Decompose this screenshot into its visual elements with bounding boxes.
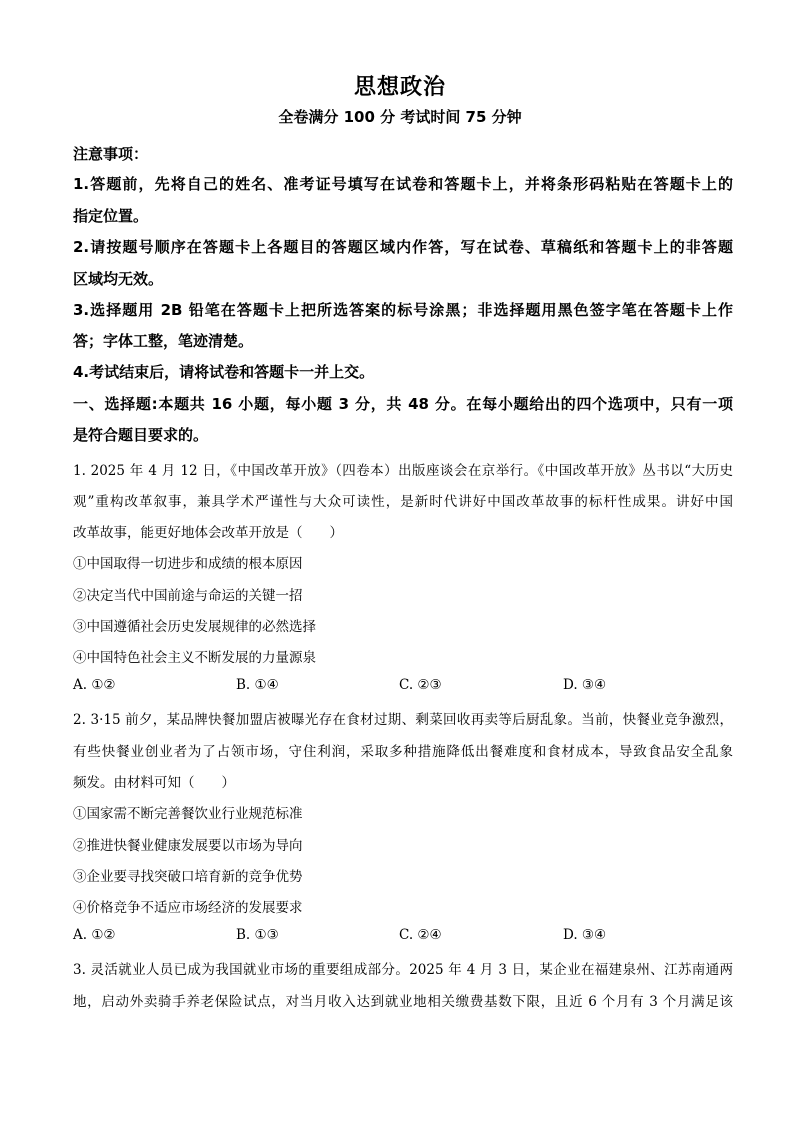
question-2-statement: ④价格竞争不适应市场经济的发展要求: [73, 896, 733, 916]
page-title: 思想政治: [0, 70, 800, 101]
question-1-stem: 1. 2025 年 4 月 12 日，《中国改革开放》（四卷本）出版座谈会在京举…: [73, 459, 733, 479]
note-line: 2.请按题号顺序在答题卡上各题目的答题区域内作答，写在试卷、草稿纸和答题卡上的非…: [73, 236, 733, 257]
question-2-statement: ③企业要寻找突破口培育新的竞争优势: [73, 865, 733, 885]
exam-page: 思想政治 全卷满分 100 分 考试时间 75 分钟 注意事项： 1.答题前，先…: [0, 0, 800, 1131]
question-3-stem: 3. 灵活就业人员已成为我国就业市场的重要组成部分。2025 年 4 月 3 日…: [73, 958, 733, 978]
question-2-stem: 频发。由材料可知（ ）: [73, 771, 733, 791]
section-heading: 一、选择题:本题共 16 小题，每小题 3 分，共 48 分。在每小题给出的四个…: [73, 393, 733, 414]
note-line: 区域均无效。: [73, 268, 733, 289]
option-b[interactable]: B. ①④: [236, 677, 279, 693]
option-c[interactable]: C. ②④: [399, 927, 442, 943]
notes-heading: 注意事项：: [73, 143, 733, 164]
question-1-statement: ①中国取得一切进步和成绩的根本原因: [73, 552, 733, 572]
exam-info: 全卷满分 100 分 考试时间 75 分钟: [0, 106, 800, 127]
note-line: 答；字体工整，笔迹清楚。: [73, 330, 733, 351]
question-2-statement: ②推进快餐业健康发展要以市场为导向: [73, 834, 733, 854]
question-2-stem: 2. 3·15 前夕，某品牌快餐加盟店被曝光存在食材过期、剩菜回收再卖等后厨乱象…: [73, 708, 733, 728]
note-line: 指定位置。: [73, 205, 733, 226]
question-1-statement: ③中国遵循社会历史发展规律的必然选择: [73, 615, 733, 635]
question-1-stem: 观”重构改革叙事，兼具学术严谨性与大众可读性，是新时代讲好中国改革故事的标杆性成…: [73, 490, 733, 510]
option-d[interactable]: D. ③④: [563, 927, 606, 943]
question-1-stem: 改革故事，能更好地体会改革开放是（ ）: [73, 521, 733, 541]
question-1-statement: ②决定当代中国前途与命运的关键一招: [73, 584, 733, 604]
note-line: 1.答题前，先将自己的姓名、准考证号填写在试卷和答题卡上，并将条形码粘贴在答题卡…: [73, 173, 733, 194]
question-2-stem: 有些快餐业创业者为了占领市场，守住利润，采取多种措施降低出餐难度和食材成本，导致…: [73, 740, 733, 760]
section-heading-cont: 是符合题目要求的。: [73, 424, 733, 445]
note-line: 3.选择题用 2B 铅笔在答题卡上把所选答案的标号涂黑；非选择题用黑色签字笔在答…: [73, 299, 733, 320]
option-b[interactable]: B. ①③: [236, 927, 279, 943]
option-a[interactable]: A. ①②: [73, 677, 116, 693]
question-3-stem: 地，启动外卖骑手养老保险试点，对当月收入达到就业地相关缴费基数下限，且近 6 个…: [73, 990, 733, 1010]
question-2-statement: ①国家需不断完善餐饮业行业规范标准: [73, 802, 733, 822]
option-c[interactable]: C. ②③: [399, 677, 442, 693]
option-a[interactable]: A. ①②: [73, 927, 116, 943]
note-line: 4.考试结束后，请将试卷和答题卡一并上交。: [73, 361, 733, 382]
option-d[interactable]: D. ③④: [563, 677, 606, 693]
question-1-statement: ④中国特色社会主义不断发展的力量源泉: [73, 646, 733, 666]
